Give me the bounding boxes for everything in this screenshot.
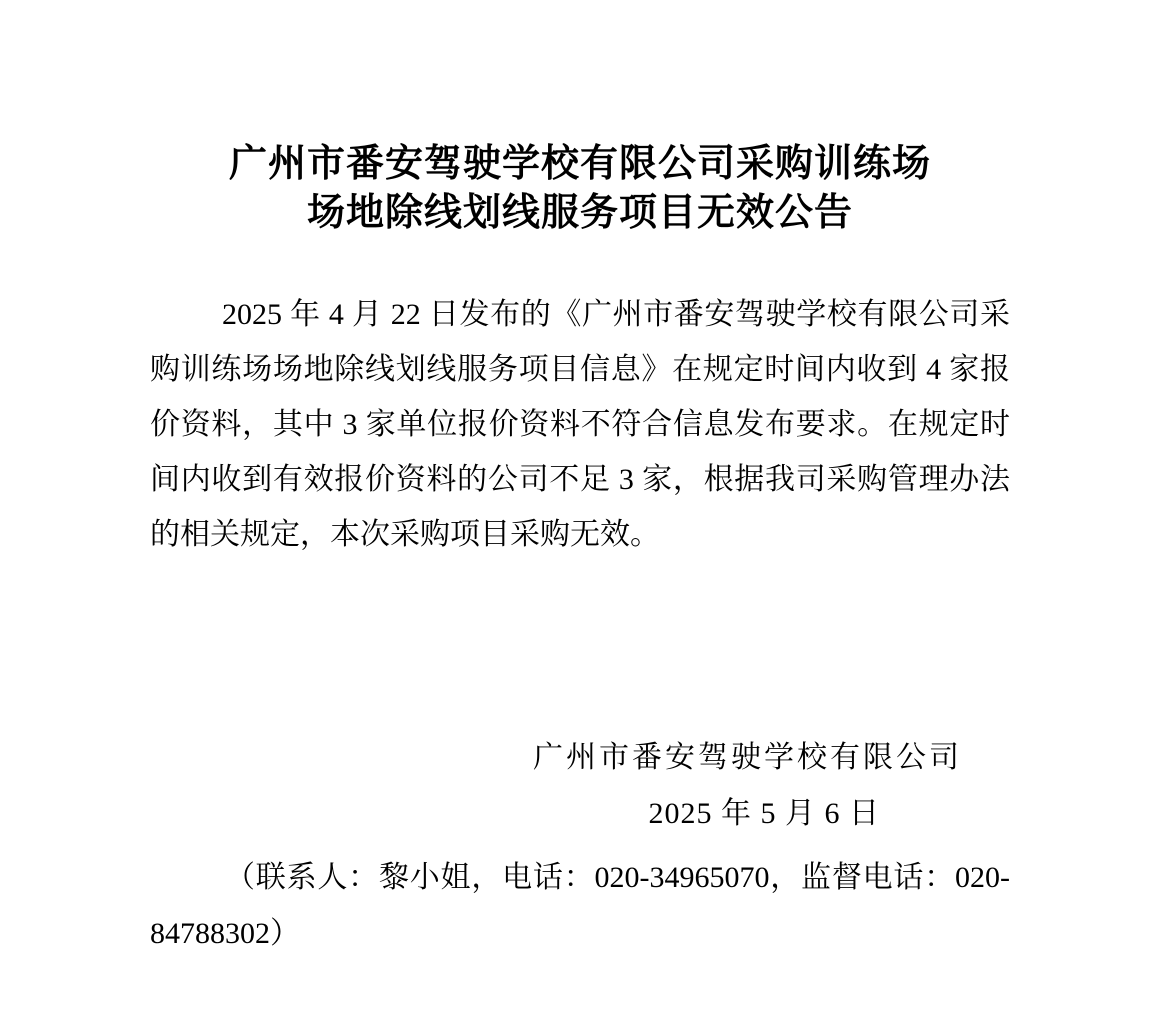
document-title-line-1: 广州市番安驾驶学校有限公司采购训练场	[229, 143, 931, 185]
document-title: 广州市番安驾驶学校有限公司采购训练场 场地除线划线服务项目无效公告	[150, 140, 1010, 238]
issue-date: 2025 年 5 月 6 日	[150, 796, 880, 832]
issuer-company-name: 广州市番安驾驶学校有限公司	[150, 740, 962, 776]
announcement-page: 广州市番安驾驶学校有限公司采购训练场 场地除线划线服务项目无效公告 2025 年…	[0, 0, 1158, 1023]
document-title-line-2: 场地除线划线服务项目无效公告	[307, 192, 853, 234]
announcement-body-paragraph: 2025 年 4 月 22 日发布的《广州市番安驾驶学校有限公司采购训练场场地除…	[150, 287, 1010, 562]
contact-info: （联系人：黎小姐，电话：020-34965070，监督电话：020-847883…	[150, 850, 1010, 962]
